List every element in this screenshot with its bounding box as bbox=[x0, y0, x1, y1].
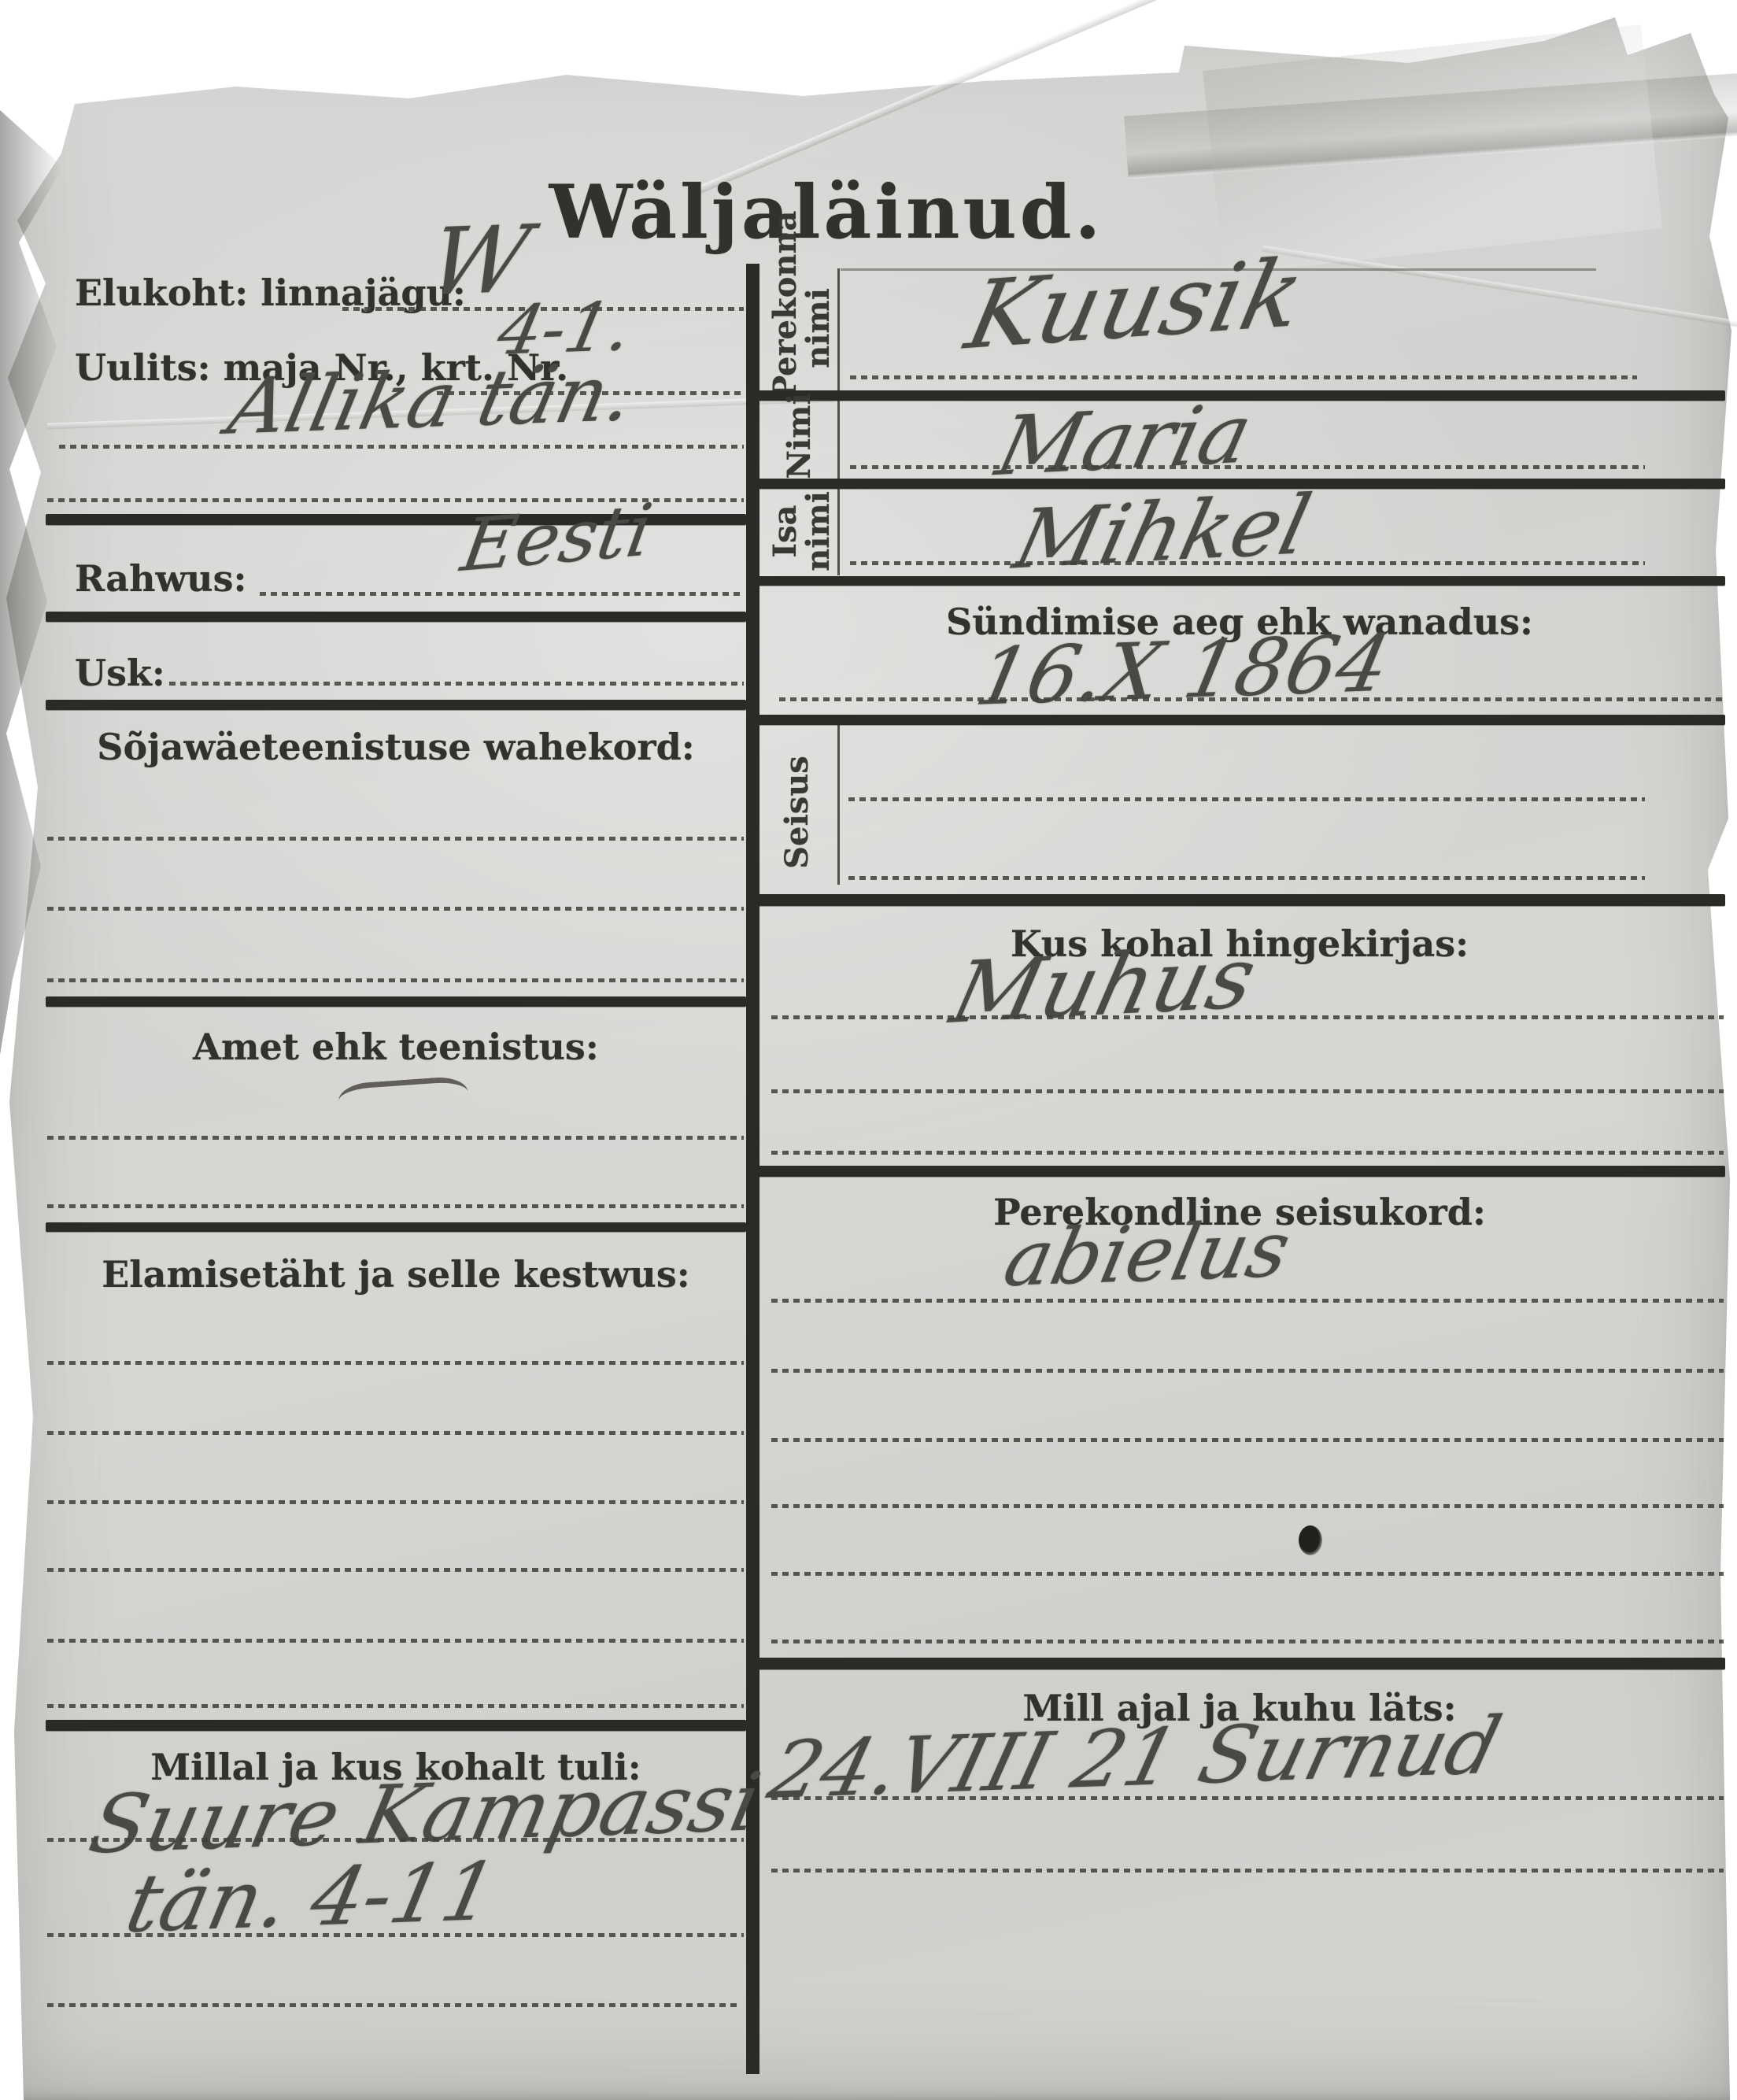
dotted-line bbox=[771, 1438, 1724, 1442]
dotted-line bbox=[771, 1869, 1724, 1873]
dotted-line bbox=[47, 1568, 744, 1572]
rahwus-value: Eesti bbox=[456, 488, 658, 588]
dotted-line bbox=[169, 682, 744, 686]
street-value: Allika tän. bbox=[221, 349, 641, 453]
dotted-line bbox=[47, 978, 744, 982]
dotted-line bbox=[850, 375, 1637, 379]
rule-bar bbox=[749, 1166, 1725, 1177]
dotted-line bbox=[47, 837, 744, 841]
dotted-line bbox=[771, 1504, 1724, 1508]
rule-bar bbox=[749, 894, 1725, 906]
rule-bar bbox=[46, 996, 746, 1007]
dotted-line bbox=[771, 1299, 1724, 1303]
perekondline-value: abielus bbox=[996, 1205, 1298, 1304]
dotted-line bbox=[848, 797, 1645, 801]
dotted-line bbox=[848, 876, 1645, 880]
seisus-label: Seisus bbox=[781, 753, 815, 871]
rule-bar bbox=[46, 1222, 746, 1232]
rule-bar bbox=[46, 1720, 746, 1731]
scanned-form-page: Wäljaläinud. Elukoht: linnajägu: W Uulit… bbox=[0, 0, 1737, 2100]
dotted-line bbox=[47, 1838, 744, 1842]
dotted-line bbox=[850, 561, 1645, 565]
dotted-line bbox=[260, 592, 744, 596]
usk-label: Usk: bbox=[75, 652, 165, 694]
dotted-line bbox=[47, 1431, 744, 1435]
rule-bar bbox=[749, 715, 1725, 725]
sundimise-value: 16.X 1864 bbox=[968, 617, 1398, 723]
rule-bar bbox=[749, 1658, 1725, 1669]
dotted-line bbox=[47, 1136, 744, 1140]
dotted-line bbox=[771, 1796, 1724, 1800]
elamisetaht-header: Elamisetäht ja selle kestwus: bbox=[46, 1253, 746, 1296]
dotted-line bbox=[59, 445, 744, 449]
dotted-line bbox=[47, 2003, 740, 2007]
dotted-line bbox=[771, 1089, 1724, 1093]
seisus-inner-line bbox=[837, 725, 840, 885]
dotted-line bbox=[771, 1640, 1724, 1643]
dotted-line bbox=[47, 1500, 744, 1504]
isa-nimi-label: Isa nimi bbox=[769, 468, 840, 594]
dotted-line bbox=[771, 1369, 1724, 1373]
dotted-line bbox=[47, 1933, 744, 1937]
dotted-line bbox=[771, 1015, 1724, 1019]
form-title: Wäljaläinud. bbox=[512, 169, 1141, 256]
ink-blot bbox=[1299, 1525, 1322, 1555]
hingekirjas-value: Muhus bbox=[943, 929, 1265, 1042]
dotted-line bbox=[779, 697, 1724, 701]
dotted-line bbox=[47, 907, 744, 911]
amet-header: Amet ehk teenistus: bbox=[46, 1026, 746, 1068]
rahwus-label: Rahwus: bbox=[75, 557, 246, 600]
dotted-line bbox=[47, 1204, 744, 1208]
rule-bar bbox=[46, 612, 746, 622]
dotted-line bbox=[47, 1704, 744, 1708]
dotted-line bbox=[47, 1361, 744, 1365]
rule-bar bbox=[749, 576, 1725, 586]
dotted-line bbox=[771, 1572, 1724, 1576]
rule-bar bbox=[46, 700, 746, 710]
dotted-line bbox=[850, 465, 1645, 469]
dotted-line bbox=[47, 1639, 744, 1643]
dotted-line bbox=[771, 1151, 1724, 1155]
isa-nimi-value: Mihkel bbox=[1006, 477, 1319, 588]
sojawae-header: Sõjawäeteenistuse wahekord: bbox=[46, 726, 746, 768]
perekonna-nimi-label: Perekonna nimi bbox=[769, 257, 840, 399]
